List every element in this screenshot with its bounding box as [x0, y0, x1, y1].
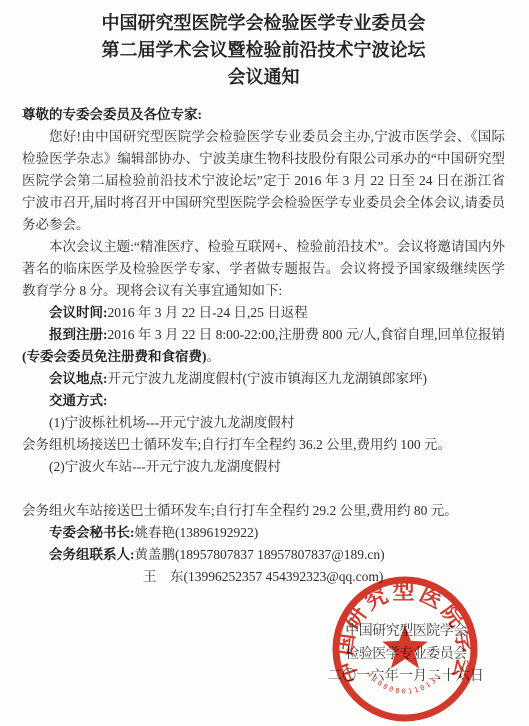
contact-line-1: 会务组联系人:黄盖鹏(18957807837 18957807837@189.c…: [22, 544, 505, 566]
transport-detail-1: 会务组机场接送巴士循环发车;自行打车全程约 36.2 公里,费用约 100 元。: [22, 434, 505, 456]
intro-paragraph: 您好!由中国研究型医院学会检验医学专业委员会主办,宁波市医学会、《国际检验医学杂…: [22, 126, 505, 236]
registration-value: 2016 年 3 月 22 日 8:00-22:00,注册费 800 元/人,食…: [108, 327, 505, 342]
venue-value: 开元宁波九龙湖度假村(宁波市镇海区九龙湖镇郎家坪): [108, 371, 428, 386]
registration-bold-note: (专委会委员免注册费和食宿费): [22, 349, 207, 364]
document-title: 中国研究型医院学会检验医学专业委员会 第二届学术会议暨检验前沿技术宁波论坛 会议…: [22, 10, 505, 91]
notice-document: 中国研究型医院学会检验医学专业委员会 第二届学术会议暨检验前沿技术宁波论坛 会议…: [0, 0, 529, 726]
document-body: 尊敬的专委会委员及各位专家: 您好!由中国研究型医院学会检验医学专业委员会主办,…: [22, 104, 505, 588]
transport-route-2: (2)宁波火车站---开元宁波九龙湖度假村: [22, 456, 505, 478]
secretary-value: 姚春艳(13896192922): [135, 525, 259, 540]
contact-value-1: 黄盖鹏(18957807837 18957807837@189.cn): [135, 547, 385, 562]
blank-line: [22, 478, 505, 500]
registration-label: 报到注册:: [49, 327, 108, 342]
registration-tail: 。: [207, 349, 221, 364]
title-line-1: 中国研究型医院学会检验医学专业委员会: [22, 10, 505, 37]
venue-line: 会议地点:开元宁波九龙湖度假村(宁波市镇海区九龙湖镇郎家坪): [22, 368, 505, 390]
meeting-time-value: 2016 年 3 月 22 日-24 日,25 日返程: [108, 305, 308, 320]
salutation: 尊敬的专委会委员及各位专家:: [22, 104, 505, 126]
title-line-3: 会议通知: [22, 64, 505, 91]
secretary-label: 专委会秘书长:: [49, 525, 135, 540]
registration-line: 报到注册:2016 年 3 月 22 日 8:00-22:00,注册费 800 …: [22, 324, 505, 368]
transport-route-1: (1)宁波栎社机场---开元宁波九龙湖度假村: [22, 412, 505, 434]
transport-label: 交通方式:: [49, 393, 108, 408]
official-seal: 中国研究型医院学会 1100000110131: [332, 574, 478, 724]
title-line-2: 第二届学术会议暨检验前沿技术宁波论坛: [22, 37, 505, 64]
seal-serial-number: 1100000110131: [366, 670, 444, 695]
secretary-line: 专委会秘书长:姚春艳(13896192922): [22, 522, 505, 544]
transport-heading: 交通方式:: [22, 390, 505, 412]
venue-label: 会议地点:: [49, 371, 108, 386]
theme-paragraph: 本次会议主题:“精准医疗、检验互联网+、检验前沿技术”。会议将邀请国内外著名的临…: [22, 236, 505, 302]
meeting-time-line: 会议时间:2016 年 3 月 22 日-24 日,25 日返程: [22, 302, 505, 324]
contact-label: 会务组联系人:: [49, 547, 135, 562]
transport-detail-2: 会务组火车站接送巴士循环发车;自行打车全程约 29.2 公里,费用约 80 元。: [22, 500, 505, 522]
seal-star-icon: [382, 625, 428, 668]
meeting-time-label: 会议时间:: [49, 305, 108, 320]
